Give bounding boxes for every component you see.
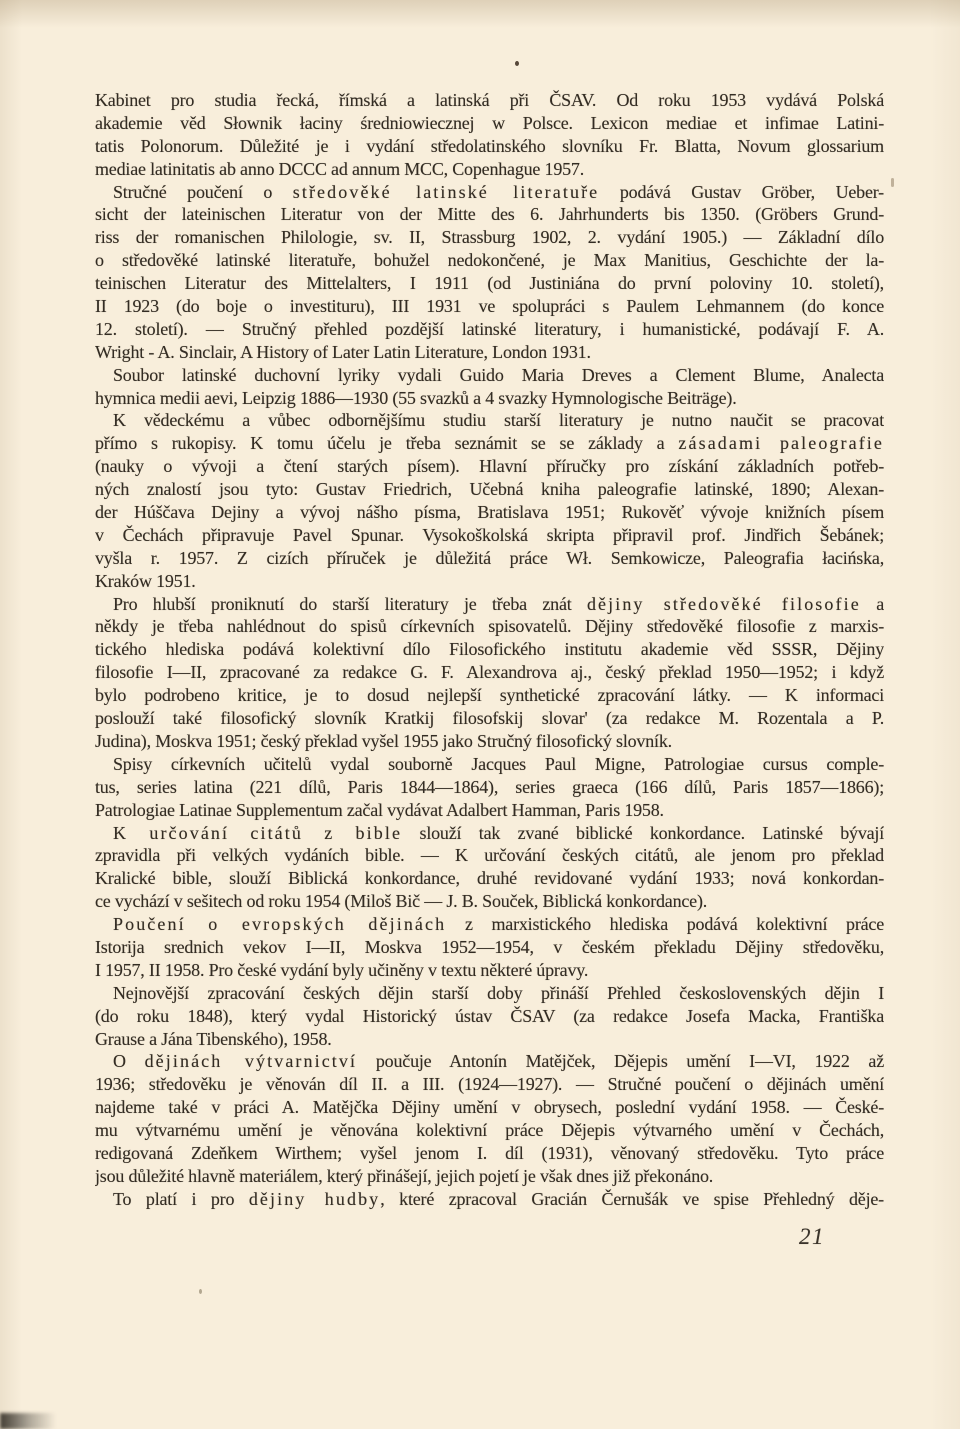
text-run: Grause a Jána Tibenského), 1958. bbox=[95, 1029, 332, 1049]
text-line: K určování citátů z bible slouží tak zva… bbox=[95, 822, 884, 845]
text-line: akademie věd Słownik łaciny średniowiecz… bbox=[95, 112, 884, 135]
text-run: někdy je třeba nahlédnout do spisů círke… bbox=[95, 616, 884, 636]
emphasized-text: K určování citátů z bible bbox=[113, 823, 402, 843]
text-run: 1936; středověku je věnován díl II. a II… bbox=[95, 1074, 884, 1094]
emphasized-text: středověké latinské literatuře bbox=[293, 182, 600, 202]
paragraph: Stručné poučení o středověké latinské li… bbox=[95, 181, 884, 364]
text-run: Kralické bible, slouží Biblická konkorda… bbox=[95, 868, 884, 888]
text-run: teinischen Literatur des Mittelalters, I… bbox=[95, 273, 884, 293]
text-run: riss der romanischen Philologie, sv. II,… bbox=[95, 227, 884, 247]
text-run: redigovaná Zdeňkem Wirthem; vyšel jenom … bbox=[95, 1143, 884, 1163]
text-line: jsou důležité hlavně materiálem, který p… bbox=[95, 1165, 884, 1188]
text-run: Stručné poučení o bbox=[113, 182, 293, 202]
text-line: ce vychází v sešitech od roku 1954 (Milo… bbox=[95, 890, 884, 913]
text-line: Wright - A. Sinclair, A History of Later… bbox=[95, 341, 884, 364]
text-line: O dějinách výtvarnictví poučuje Antonín … bbox=[95, 1050, 884, 1073]
text-run: To platí i pro bbox=[113, 1189, 249, 1209]
text-run: Istorija srednich vekov I—II, Moskva 195… bbox=[95, 937, 884, 957]
text-run: z marxistického hlediska podává kolektiv… bbox=[446, 914, 884, 934]
text-run: Patrologiae Latinae Supplementum začal v… bbox=[95, 800, 664, 820]
text-line: I 1957, II 1958. Pro české vydání byly u… bbox=[95, 959, 884, 982]
text-run: II 1923 (do boje o investituru), III 193… bbox=[95, 296, 884, 316]
text-line: poslouží také filosofický slovník Kratki… bbox=[95, 707, 884, 730]
text-line: o středověké latinské literatuře, bohuže… bbox=[95, 249, 884, 272]
text-run: Kraków 1951. bbox=[95, 571, 196, 591]
text-line: hymnica medii aevi, Leipzig 1886—1930 (5… bbox=[95, 387, 884, 410]
text-run: slouží tak zvané biblické konkordance. L… bbox=[402, 823, 884, 843]
text-line: Stručné poučení o středověké latinské li… bbox=[95, 181, 884, 204]
text-run: Nejnovější zpracování českých dějin star… bbox=[113, 983, 884, 1003]
book-page: { "page": { "number": "21", "colors": { … bbox=[0, 0, 960, 1429]
text-run: der Húščava Dejiny a vývoj nášho písma, … bbox=[95, 502, 884, 522]
text-line: vyšla r. 1957. Z cizích příruček je důle… bbox=[95, 547, 884, 570]
text-line: Judina), Moskva 1951; český překlad vyše… bbox=[95, 730, 884, 753]
text-line: Soubor latinské duchovní lyriky vydali G… bbox=[95, 364, 884, 387]
paragraph: Poučení o evropských dějinách z marxisti… bbox=[95, 913, 884, 982]
scan-smudge bbox=[0, 1413, 66, 1429]
text-line: Pro hlubší proniknutí do starší literatu… bbox=[95, 593, 884, 616]
text-run: tus, series latina (221 dílů, Paris 1844… bbox=[95, 777, 884, 797]
text-run: I 1957, II 1958. Pro české vydání byly u… bbox=[95, 960, 588, 980]
emphasized-text: dějinách výtvarnictví bbox=[145, 1051, 358, 1071]
text-line: filosofie I—II, zpracované za redakce G.… bbox=[95, 661, 884, 684]
page-number: 21 bbox=[799, 1224, 825, 1250]
paragraph: Nejnovější zpracování českých dějin star… bbox=[95, 982, 884, 1051]
text-run: o středověké latinské literatuře, bohuže… bbox=[95, 250, 884, 270]
text-run: přímo s rukopisy. K tomu účelu je třeba … bbox=[95, 433, 678, 453]
text-run: O bbox=[113, 1051, 145, 1071]
paragraph: Kabinet pro studia řecká, římská a latin… bbox=[95, 89, 884, 181]
text-line: tického hlediska podává kolektivní dílo … bbox=[95, 638, 884, 661]
text-run: mu výtvarnému umění je věnována kolektiv… bbox=[95, 1120, 884, 1140]
text-run: ce vychází v sešitech od roku 1954 (Milo… bbox=[95, 891, 707, 911]
text-line: tatis Polonorum. Důležité je i vydání st… bbox=[95, 135, 884, 158]
text-run: (do roku 1848), který vydal Historický ú… bbox=[95, 1006, 884, 1026]
text-run: jsou důležité hlavně materiálem, který p… bbox=[95, 1166, 713, 1186]
text-line: Istorija srednich vekov I—II, Moskva 195… bbox=[95, 936, 884, 959]
text-run: 12. století). — Stručný přehled pozdější… bbox=[95, 319, 884, 339]
text-run: tického hlediska podává kolektivní dílo … bbox=[95, 639, 884, 659]
text-run: (nauky o vývoji a čtení starých písem). … bbox=[95, 456, 884, 476]
emphasized-text: dějiny hudby bbox=[249, 1189, 380, 1209]
text-line: (nauky o vývoji a čtení starých písem). … bbox=[95, 455, 884, 478]
text-line: der Húščava Dejiny a vývoj nášho písma, … bbox=[95, 501, 884, 524]
text-line: najdeme také v práci A. Matějčka Dějiny … bbox=[95, 1096, 884, 1119]
text-run: K vědeckému a vůbec odbornějšímu studiu … bbox=[113, 410, 884, 430]
text-line: II 1923 (do boje o investituru), III 193… bbox=[95, 295, 884, 318]
text-run: ných znalostí jsou tyto: Gustav Friedric… bbox=[95, 479, 884, 499]
text-run: Wright - A. Sinclair, A History of Later… bbox=[95, 342, 591, 362]
text-run: filosofie I—II, zpracované za redakce G.… bbox=[95, 662, 884, 682]
text-run: hymnica medii aevi, Leipzig 1886—1930 (5… bbox=[95, 388, 737, 408]
emphasized-text: zásadami paleografie bbox=[678, 433, 884, 453]
text-line: v Čechách připravuje Pavel Spunar. Vysok… bbox=[95, 524, 884, 547]
text-line: zpravidla při velkých vydáních bible. — … bbox=[95, 844, 884, 867]
paragraph: K určování citátů z bible slouží tak zva… bbox=[95, 822, 884, 914]
text-run: , které zpracoval Gracián Černušák ve sp… bbox=[380, 1189, 884, 1209]
text-line: riss der romanischen Philologie, sv. II,… bbox=[95, 226, 884, 249]
text-line: přímo s rukopisy. K tomu účelu je třeba … bbox=[95, 432, 884, 455]
text-run: podává Gustav Gröber, Ueber- bbox=[599, 182, 884, 202]
text-line: Grause a Jána Tibenského), 1958. bbox=[95, 1028, 884, 1051]
text-line: ných znalostí jsou tyto: Gustav Friedric… bbox=[95, 478, 884, 501]
scan-speck bbox=[891, 178, 894, 187]
text-line: Poučení o evropských dějinách z marxisti… bbox=[95, 913, 884, 936]
text-run: Pro hlubší proniknutí do starší literatu… bbox=[113, 594, 587, 614]
text-run: sicht der lateinischen Literatur von der… bbox=[95, 204, 884, 224]
text-run: v Čechách připravuje Pavel Spunar. Vysok… bbox=[95, 525, 884, 545]
text-run: tatis Polonorum. Důležité je i vydání st… bbox=[95, 136, 884, 156]
text-line: mu výtvarnému umění je věnována kolektiv… bbox=[95, 1119, 884, 1142]
paragraph: O dějinách výtvarnictví poučuje Antonín … bbox=[95, 1050, 884, 1187]
scan-speck bbox=[515, 61, 519, 66]
body-text: Kabinet pro studia řecká, římská a latin… bbox=[95, 89, 884, 1211]
text-line: Spisy církevních učitelů vydal souborně … bbox=[95, 753, 884, 776]
text-run: vyšla r. 1957. Z cizích příruček je důle… bbox=[95, 548, 884, 568]
text-run: Soubor latinské duchovní lyriky vydali G… bbox=[113, 365, 884, 385]
text-line: sicht der lateinischen Literatur von der… bbox=[95, 203, 884, 226]
text-line: Patrologiae Latinae Supplementum začal v… bbox=[95, 799, 884, 822]
text-line: někdy je třeba nahlédnout do spisů círke… bbox=[95, 615, 884, 638]
text-line: K vědeckému a vůbec odbornějšímu studiu … bbox=[95, 409, 884, 432]
text-run: Kabinet pro studia řecká, římská a latin… bbox=[95, 90, 884, 110]
text-run: akademie věd Słownik łaciny średniowiecz… bbox=[95, 113, 884, 133]
text-run: zpravidla při velkých vydáních bible. — … bbox=[95, 845, 884, 865]
paragraph: Soubor latinské duchovní lyriky vydali G… bbox=[95, 364, 884, 410]
paragraph: Spisy církevních učitelů vydal souborně … bbox=[95, 753, 884, 822]
emphasized-text: dějiny středověké filosofie bbox=[587, 594, 861, 614]
text-run: bylo podrobeno kritice, je to dosud nejl… bbox=[95, 685, 884, 705]
text-line: redigovaná Zdeňkem Wirthem; vyšel jenom … bbox=[95, 1142, 884, 1165]
text-line: 1936; středověku je věnován díl II. a II… bbox=[95, 1073, 884, 1096]
text-run: najdeme také v práci A. Matějčka Dějiny … bbox=[95, 1097, 884, 1117]
paragraph: Pro hlubší proniknutí do starší literatu… bbox=[95, 593, 884, 753]
text-run: mediae latinitatis ab anno DCCC ad annum… bbox=[95, 159, 584, 179]
text-run: a bbox=[861, 594, 884, 614]
text-line: 12. století). — Stručný přehled pozdější… bbox=[95, 318, 884, 341]
text-line: bylo podrobeno kritice, je to dosud nejl… bbox=[95, 684, 884, 707]
text-line: Kraków 1951. bbox=[95, 570, 884, 593]
paragraph: K vědeckému a vůbec odbornějšímu studiu … bbox=[95, 409, 884, 592]
emphasized-text: Poučení o evropských dějinách bbox=[113, 914, 446, 934]
text-line: To platí i pro dějiny hudby, které zprac… bbox=[95, 1188, 884, 1211]
text-run: poučuje Antonín Matějček, Dějepis umění … bbox=[357, 1051, 884, 1071]
text-run: Judina), Moskva 1951; český překlad vyše… bbox=[95, 731, 672, 751]
text-run: Spisy církevních učitelů vydal souborně … bbox=[113, 754, 884, 774]
paragraph: To platí i pro dějiny hudby, které zprac… bbox=[95, 1188, 884, 1211]
text-line: mediae latinitatis ab anno DCCC ad annum… bbox=[95, 158, 884, 181]
text-line: Kralické bible, slouží Biblická konkorda… bbox=[95, 867, 884, 890]
text-line: Kabinet pro studia řecká, římská a latin… bbox=[95, 89, 884, 112]
text-line: teinischen Literatur des Mittelalters, I… bbox=[95, 272, 884, 295]
scan-speck bbox=[199, 1289, 202, 1294]
text-line: tus, series latina (221 dílů, Paris 1844… bbox=[95, 776, 884, 799]
text-run: poslouží také filosofický slovník Kratki… bbox=[95, 708, 884, 728]
text-line: Nejnovější zpracování českých dějin star… bbox=[95, 982, 884, 1005]
text-line: (do roku 1848), který vydal Historický ú… bbox=[95, 1005, 884, 1028]
